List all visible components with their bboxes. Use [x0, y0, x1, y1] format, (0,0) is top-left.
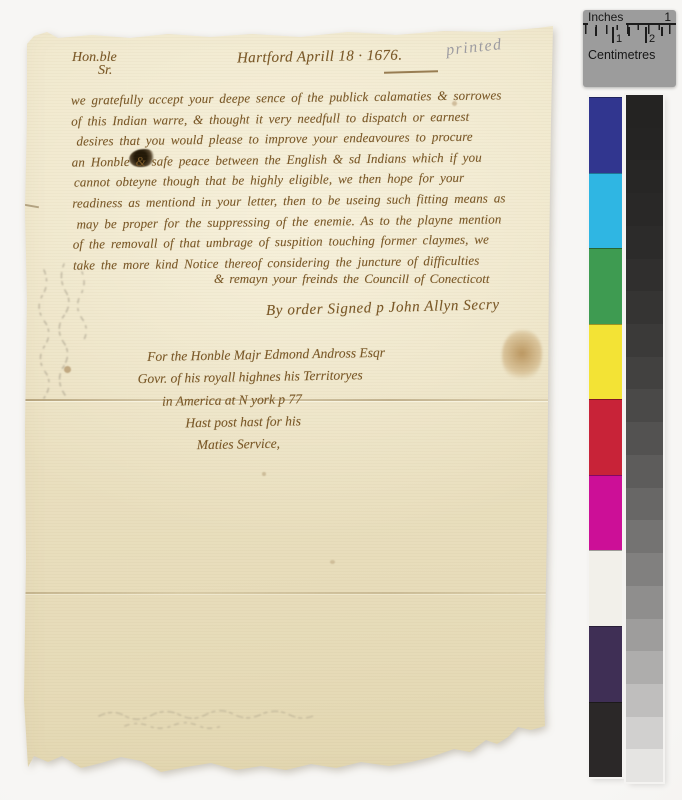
color-patch-strip	[589, 97, 622, 777]
swatch-white	[589, 550, 622, 626]
fold-crease-lower	[24, 592, 548, 594]
swatch-cyan	[589, 173, 622, 249]
paper-sheet: Hon.ble Sr. Hartford Aprill 18 · 1676. p…	[0, 0, 682, 800]
cm-mark-2: 2	[649, 33, 655, 45]
stain-speck	[64, 366, 71, 373]
letter-body: we gratefully accept your deepe sence of…	[71, 85, 507, 276]
cm-half-tick	[628, 27, 630, 36]
ruler-card: Inches 1 1 2 Centimetres	[583, 10, 676, 87]
address-block: For the Honble Majr Edmond Andross Esqr …	[137, 342, 387, 458]
pencil-annotation: printed	[445, 36, 503, 60]
gray-step	[626, 160, 663, 193]
swatch-red	[589, 399, 622, 475]
archival-photo: Hon.ble Sr. Hartford Aprill 18 · 1676. p…	[0, 0, 682, 800]
cm-half-tick	[661, 27, 663, 36]
gray-step	[626, 684, 663, 717]
gray-step	[626, 488, 663, 521]
address-line: Maties Service,	[197, 431, 387, 457]
gray-step	[626, 619, 663, 652]
gray-step	[626, 717, 663, 750]
grayscale-strip	[626, 95, 663, 782]
gray-step	[626, 422, 663, 455]
inch-mark-1: 1	[664, 10, 671, 24]
gray-step	[626, 95, 663, 128]
dateline: Hartford Aprill 18 · 1676.	[237, 48, 403, 68]
gray-step	[626, 586, 663, 619]
swatch-magenta	[589, 475, 622, 551]
gray-step	[626, 520, 663, 553]
gray-step	[626, 259, 663, 292]
swatch-black	[589, 702, 622, 778]
edge-tear-nick	[24, 204, 39, 208]
cm-tick-2	[645, 27, 647, 43]
date-underline	[384, 70, 438, 73]
gray-step	[626, 389, 663, 422]
manuscript-paper: Hon.ble Sr. Hartford Aprill 18 · 1676. p…	[0, 0, 682, 800]
signature-line: By order Signed p John Allyn Secry	[266, 297, 500, 320]
closing-line: & remayn your freinds the Councill of Co…	[214, 271, 490, 287]
gray-step	[626, 455, 663, 488]
gray-step	[626, 193, 663, 226]
stain-speck	[330, 560, 335, 564]
gray-step	[626, 749, 663, 782]
swatch-violet	[589, 626, 622, 702]
ink-bleedthrough-bottom	[95, 706, 335, 732]
cm-half-tick	[595, 27, 597, 36]
cm-mark-1: 1	[616, 33, 622, 45]
gray-step	[626, 128, 663, 161]
stain-speck	[262, 472, 266, 476]
swatch-green	[589, 248, 622, 324]
gray-step	[626, 226, 663, 259]
salutation: Hon.ble Sr.	[72, 50, 117, 79]
inches-label: Inches	[588, 10, 626, 25]
gray-step	[626, 553, 663, 586]
centimetres-label: Centimetres	[588, 48, 655, 62]
gray-step	[626, 291, 663, 324]
swatch-yellow	[589, 324, 622, 400]
gray-step	[626, 651, 663, 684]
gray-step	[626, 357, 663, 390]
cm-tick-1	[612, 27, 614, 43]
brown-stain	[502, 330, 542, 382]
gray-step	[626, 324, 663, 357]
swatch-blue	[589, 97, 622, 173]
address-line: Govr. of his royall highnes his Territor…	[137, 364, 385, 391]
